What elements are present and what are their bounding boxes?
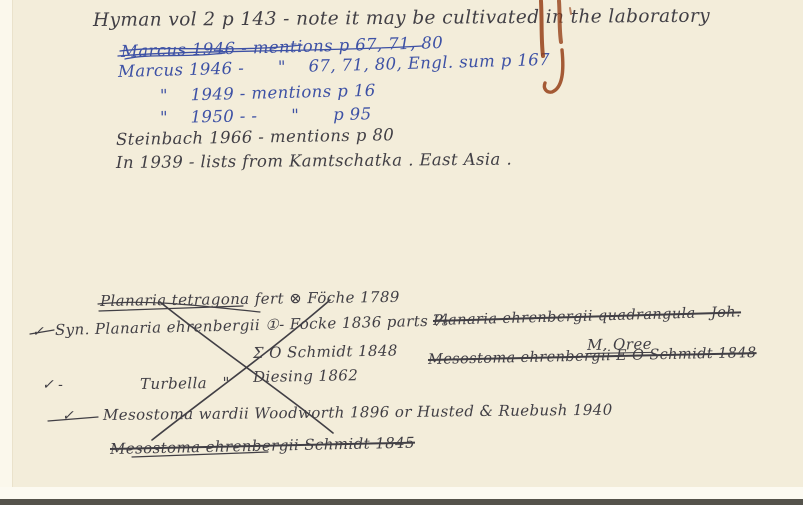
note-line-steinbach: Steinbach 1966 - mentions p 80: [116, 125, 394, 149]
note-line-turbella: Turbella ": [140, 374, 230, 393]
checkmark-turbella: ✓ -: [42, 377, 63, 393]
checkmark-wardii: ✓: [62, 408, 74, 424]
note-line-mesostoma-schmidt-struck: Mesostoma ehrenbergii E O Schmidt 1848: [428, 345, 757, 368]
card-left-edge: [0, 0, 13, 505]
note-line-planaria-tetragona: Planaria tetragona fert ⊗ Föche 1789: [100, 288, 400, 310]
note-line-diesing-1862: Diesing 1862: [253, 366, 359, 386]
background-below-card: [0, 499, 803, 505]
note-line-1950: " 1950 - - " p 95: [160, 104, 372, 127]
note-line-mesostoma-1845-struck: Mesostoma ehrenbergii Schmidt 1845: [110, 434, 415, 458]
note-line-mesostoma-wardii: Mesostoma wardii Woodworth 1896 or Huste…: [103, 401, 613, 424]
checkmark-syn: ✓: [32, 324, 44, 340]
note-line-planaria-quadrangula-struck: Planaria ehrenbergii quadrangula - Joh.: [433, 304, 741, 329]
note-line-1949: " 1949 - mentions p 16: [160, 81, 376, 105]
note-line-1939-kamtschatka: In 1939 - lists from Kamtschatka . East …: [116, 150, 512, 172]
note-line-syn-planaria-ehrenbergii: Syn. Planaria ehrenbergii ①- Focke 1836 …: [55, 311, 449, 339]
card-bottom-edge: [0, 487, 803, 499]
note-line-schmidt-1848: Σ O Schmidt 1848: [253, 341, 398, 362]
index-card: Hyman vol 2 p 143 - note it may be culti…: [0, 0, 803, 505]
note-line-hyman: Hyman vol 2 p 143 - note it may be culti…: [93, 6, 710, 31]
